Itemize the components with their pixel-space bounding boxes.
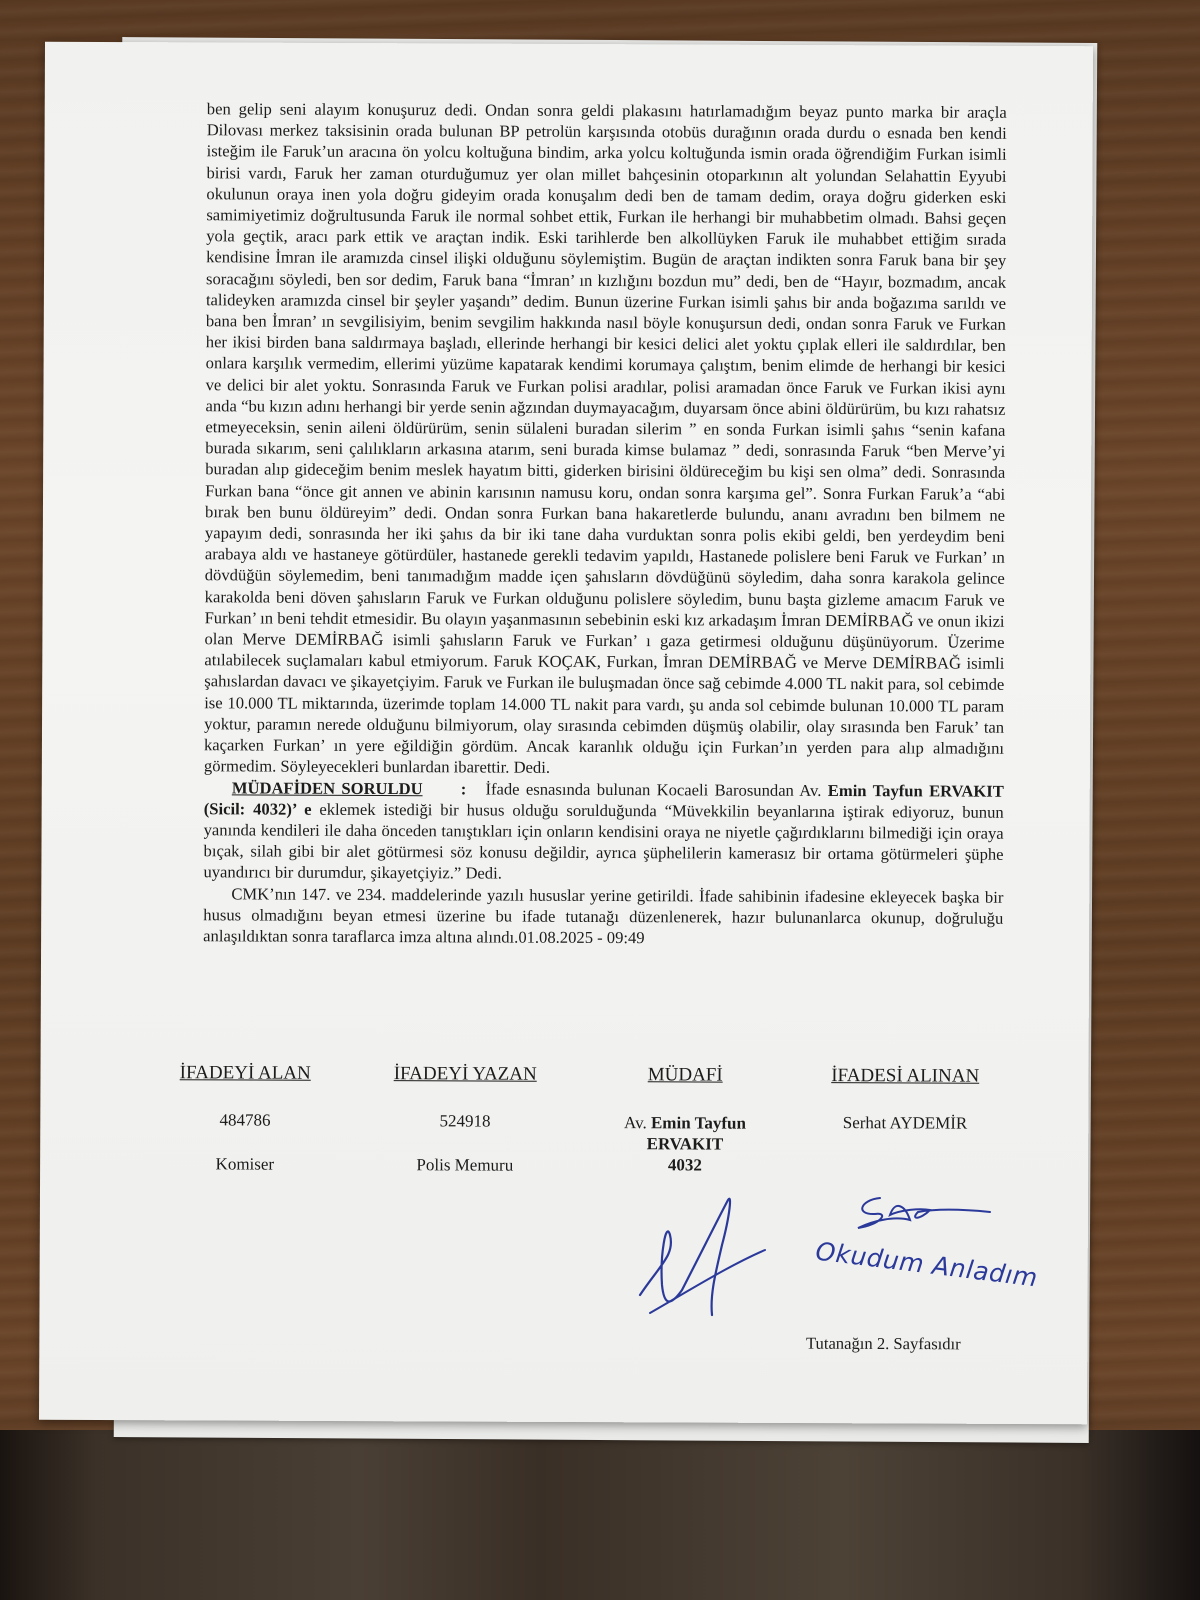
officer-id: 484786	[170, 1110, 320, 1131]
page-number-note: Tutanağın 2. Sayfasıdır	[806, 1334, 961, 1355]
counsel-heading: MÜDAFİDEN SORULDU	[232, 778, 423, 798]
signature-heading: İFADESİ ALINAN	[810, 1065, 1000, 1088]
signature-heading: İFADEYİ ALAN	[170, 1062, 320, 1085]
signature-heading: İFADEYİ YAZAN	[380, 1063, 550, 1086]
officer-rank: Komiser	[170, 1154, 320, 1175]
signature-defense-counsel: MÜDAFİ Av. Emin Tayfun ERVAKIT 4032	[605, 1064, 765, 1176]
signature-block: İFADEYİ ALAN 484786 Komiser İFADEYİ YAZA…	[170, 1062, 1001, 1196]
lawyer-surname: ERVAKIT	[647, 1134, 724, 1153]
deponent-name: Serhat AYDEMİR	[810, 1113, 1000, 1134]
signature-deponent: İFADESİ ALINAN Serhat AYDEMİR	[810, 1065, 1000, 1134]
signature-statement-taker: İFADEYİ ALAN 484786 Komiser	[170, 1062, 320, 1175]
deponent-signature-icon	[850, 1190, 1000, 1240]
lawyer-first-name: Emin Tayfun	[651, 1113, 746, 1132]
signature-statement-writer: İFADEYİ YAZAN 524918 Polis Memuru	[380, 1063, 550, 1176]
officer-id: 524918	[380, 1111, 550, 1132]
statement-paragraph: ben gelip seni alayım konuşuruz dedi. On…	[204, 98, 1007, 780]
lawyer-block: Av. Emin Tayfun ERVAKIT 4032	[605, 1112, 765, 1176]
counsel-heading-gap	[423, 779, 461, 798]
closing-paragraph: CMK’nın 147. ve 234. maddelerinde yazılı…	[203, 883, 1003, 950]
statement-body: ben gelip seni alayım konuşuruz dedi. On…	[203, 98, 1007, 950]
lawyer-prefix: Av.	[624, 1113, 651, 1132]
counsel-text-before: İfade esnasında bulunan Kocaeli Barosund…	[485, 779, 827, 799]
counsel-paragraph: MÜDAFİDEN SORULDU : İfade esnasında bulu…	[203, 777, 1003, 887]
officer-rank: Polis Memuru	[380, 1155, 550, 1176]
counsel-separator: :	[461, 779, 467, 798]
floor-background	[0, 1430, 1200, 1600]
lawyer-registry-number: 4032	[668, 1155, 702, 1174]
counsel-text-after: eklemek istediği bir husus olduğu soruld…	[203, 799, 1003, 882]
signature-heading: MÜDAFİ	[605, 1064, 765, 1087]
lawyer-signature-icon	[630, 1195, 780, 1325]
